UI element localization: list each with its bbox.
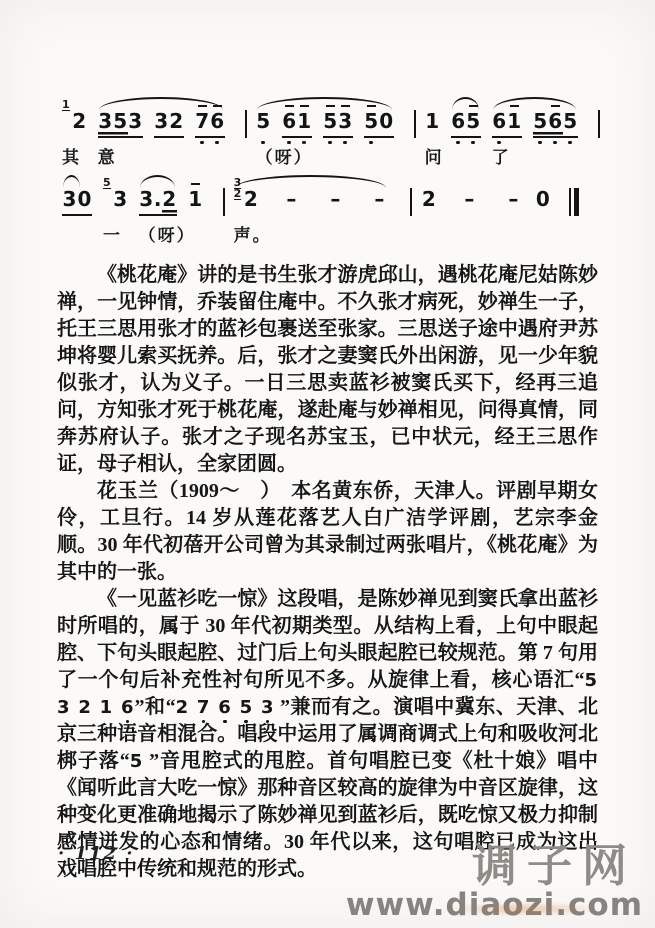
- beamed-note-group: 61: [282, 110, 312, 138]
- beamed-note-group: 30: [62, 188, 92, 216]
- beamed-note-group: 53: [323, 110, 353, 138]
- note-unit: 3.2（呀）: [139, 188, 177, 216]
- text-run: 《桃花庵》讲的是书生张才游虎邱山，遇桃花庵尼姑陈妙禅，一见钟情，乔装留住庵中。不…: [57, 264, 598, 475]
- note-digit: 1: [188, 188, 203, 210]
- slur-arc: [63, 175, 80, 188]
- note-dash: –: [370, 188, 388, 214]
- text-run: 6: [218, 697, 232, 718]
- note-digit: 5: [466, 110, 481, 132]
- note-unit: 322声。: [234, 188, 259, 214]
- note-digit: 6: [282, 110, 297, 132]
- note-digit: 0: [379, 110, 394, 132]
- text-run: ”和“: [135, 696, 176, 718]
- duration-dash-group: –: [504, 188, 522, 214]
- music-system-2: 3053一3.2（呀）1322声。–––2––0: [62, 170, 655, 248]
- note-digit: 2: [72, 110, 87, 132]
- beamed-note-group: 353: [98, 110, 143, 138]
- slur-arc: [99, 97, 223, 110]
- note-digit: 6: [210, 110, 225, 132]
- duration-dash-group: –: [282, 188, 300, 214]
- note-dash: –: [282, 188, 300, 214]
- note-unit: 1: [188, 188, 203, 214]
- duration-dash-group: –: [460, 188, 478, 214]
- note-unit: 32: [154, 110, 184, 138]
- text-run: 2: [176, 697, 197, 718]
- note-dash: –: [460, 188, 478, 214]
- lyric-text: 声。: [234, 221, 272, 246]
- slur-arc: [452, 97, 479, 110]
- duration-dash: –: [282, 188, 300, 210]
- note-dash: –: [326, 188, 344, 214]
- note-digit: 5: [256, 110, 271, 132]
- slur-arc: [493, 97, 576, 110]
- note-digit: 0: [77, 188, 92, 210]
- duration-dash-group: –: [370, 188, 388, 214]
- note-digit: 3: [62, 188, 77, 210]
- lyric-text: 一: [103, 221, 122, 246]
- text-run: 《一见蓝衫吃一惊》这段唱，是陈妙禅见到窦氏拿出蓝衫时所唱的，属于 30 年代初期…: [57, 588, 598, 691]
- grace-digit: 2: [234, 189, 242, 200]
- paragraph-synopsis: 《桃花庵》讲的是书生张才游虎邱山，遇桃花庵尼姑陈妙禅，一见钟情，乔装留住庵中。不…: [57, 262, 598, 478]
- note-digit: 5: [533, 110, 548, 132]
- duration-dash-group: –: [326, 188, 344, 214]
- note-unit: 1问: [425, 110, 440, 136]
- text-run: 5: [240, 697, 254, 718]
- note-digit: 2: [243, 188, 258, 210]
- note-digit: 5: [113, 110, 128, 132]
- note-unit: 61了: [492, 110, 522, 138]
- note-digit: 3: [98, 110, 113, 132]
- beamed-note-group: 2: [72, 110, 87, 136]
- text-run: 7: [197, 697, 211, 718]
- paragraph-bio: 花玉兰（1909～ ） 本名黄东侨，天津人。评剧早期女伶，工旦行。14 岁从莲花…: [57, 478, 598, 586]
- duration-dash: –: [504, 188, 522, 210]
- page-number: · 112 ·: [58, 843, 135, 864]
- note-digit: .: [154, 188, 162, 210]
- grace-digit: 5: [103, 178, 111, 189]
- text-run: [253, 697, 261, 718]
- note-digit: 2: [421, 188, 436, 210]
- note-digit: 1: [425, 110, 440, 132]
- duration-dash: –: [460, 188, 478, 210]
- lyric-text: 了: [492, 143, 511, 168]
- watermark-site-name: 调子网: [346, 842, 637, 889]
- barline: [598, 110, 600, 138]
- note-unit: 53一: [103, 188, 128, 214]
- note-digit: 3: [128, 110, 143, 132]
- lyric-text: （呀）: [139, 221, 196, 246]
- beamed-note-group: 1: [188, 188, 203, 214]
- note-dash: –: [504, 188, 522, 214]
- lyric-text: （呀）: [256, 143, 313, 168]
- slur-arc: [140, 175, 175, 188]
- barline: [245, 110, 247, 138]
- note-digit: 1: [297, 110, 312, 132]
- text-run: 6: [121, 697, 135, 718]
- beamed-note-group: 5: [256, 110, 271, 136]
- note-unit: 0: [535, 188, 550, 214]
- note-unit: 353意: [98, 110, 143, 138]
- note-unit: 76: [195, 110, 225, 138]
- beamed-note-group: 61: [492, 110, 522, 138]
- beamed-note-group: 2: [421, 188, 436, 214]
- slur-arc: [235, 175, 386, 188]
- note-digit: 5: [364, 110, 379, 132]
- grace-note: 1: [62, 100, 70, 111]
- note-digit: 6: [492, 110, 507, 132]
- music-system-1: 12其353意32765（呀）6153501问6561了565: [62, 92, 655, 170]
- final-barline: [569, 188, 579, 216]
- lyric-text: 意: [98, 143, 117, 168]
- text-run: 3: [261, 697, 275, 718]
- slur-arc: [257, 97, 392, 110]
- final-barline-thin: [569, 188, 571, 216]
- barline: [223, 188, 225, 216]
- note-unit: 12其: [62, 110, 87, 136]
- note-digit: 2: [169, 110, 184, 132]
- note-digit: 3: [139, 188, 154, 210]
- scanned-book-page: 12其353意32765（呀）6153501问6561了565 3053一3.2…: [0, 0, 655, 928]
- note-digit: 2: [162, 188, 177, 210]
- beamed-note-group: 565: [533, 110, 578, 138]
- final-barline-thick: [574, 188, 579, 216]
- watermark: 调子网 www.diaozi.com: [346, 842, 643, 922]
- note-digit: 3: [338, 110, 353, 132]
- beamed-note-group: 50: [364, 110, 394, 138]
- body-text: 《桃花庵》讲的是书生张才游虎邱山，遇桃花庵尼姑陈妙禅，一见钟情，乔装留住庵中。不…: [57, 262, 598, 883]
- lyric-text: 其: [62, 143, 81, 168]
- note-unit: 50: [364, 110, 394, 138]
- beamed-note-group: 3: [113, 188, 128, 214]
- note-digit: 6: [548, 110, 563, 132]
- duration-dash: –: [326, 188, 344, 210]
- beamed-note-group: 32: [154, 110, 184, 138]
- text-run: 花玉兰（1909～ ）: [97, 480, 271, 502]
- lyric-text: 问: [425, 143, 444, 168]
- text-run: [232, 697, 240, 718]
- note-unit: 61: [282, 110, 312, 138]
- watermark-site-url: www.diaozi.com: [346, 889, 643, 922]
- note-digit: 5: [323, 110, 338, 132]
- duration-dash: –: [370, 188, 388, 210]
- note-unit: 2: [421, 188, 436, 214]
- music-notation-section: 12其353意32765（呀）6153501问6561了565 3053一3.2…: [0, 0, 655, 248]
- note-digit: 1: [507, 110, 522, 132]
- grace-digit: 1: [62, 100, 70, 111]
- text-run: 5: [130, 751, 144, 772]
- note-digit: 3: [154, 110, 169, 132]
- note-unit: 565: [533, 110, 578, 138]
- beamed-note-group: 76: [195, 110, 225, 138]
- barline: [414, 110, 416, 138]
- note-digit: 6: [451, 110, 466, 132]
- note-digit: 3: [113, 188, 128, 210]
- note-digit: 0: [535, 188, 550, 210]
- note-digit: 5: [563, 110, 578, 132]
- beamed-note-group: 1: [425, 110, 440, 136]
- beamed-note-group: 2: [243, 188, 258, 214]
- note-digit: 7: [195, 110, 210, 132]
- beamed-note-group: 65: [451, 110, 481, 138]
- note-unit: 5（呀）: [256, 110, 271, 136]
- note-unit: 53: [323, 110, 353, 138]
- grace-note: 5: [103, 178, 111, 189]
- note-unit: 65: [451, 110, 481, 138]
- note-unit: 30: [62, 188, 92, 216]
- beamed-note-group: 0: [535, 188, 550, 214]
- barline: [410, 188, 412, 216]
- grace-note: 32: [234, 178, 242, 200]
- beamed-note-group: 3.2: [139, 188, 177, 216]
